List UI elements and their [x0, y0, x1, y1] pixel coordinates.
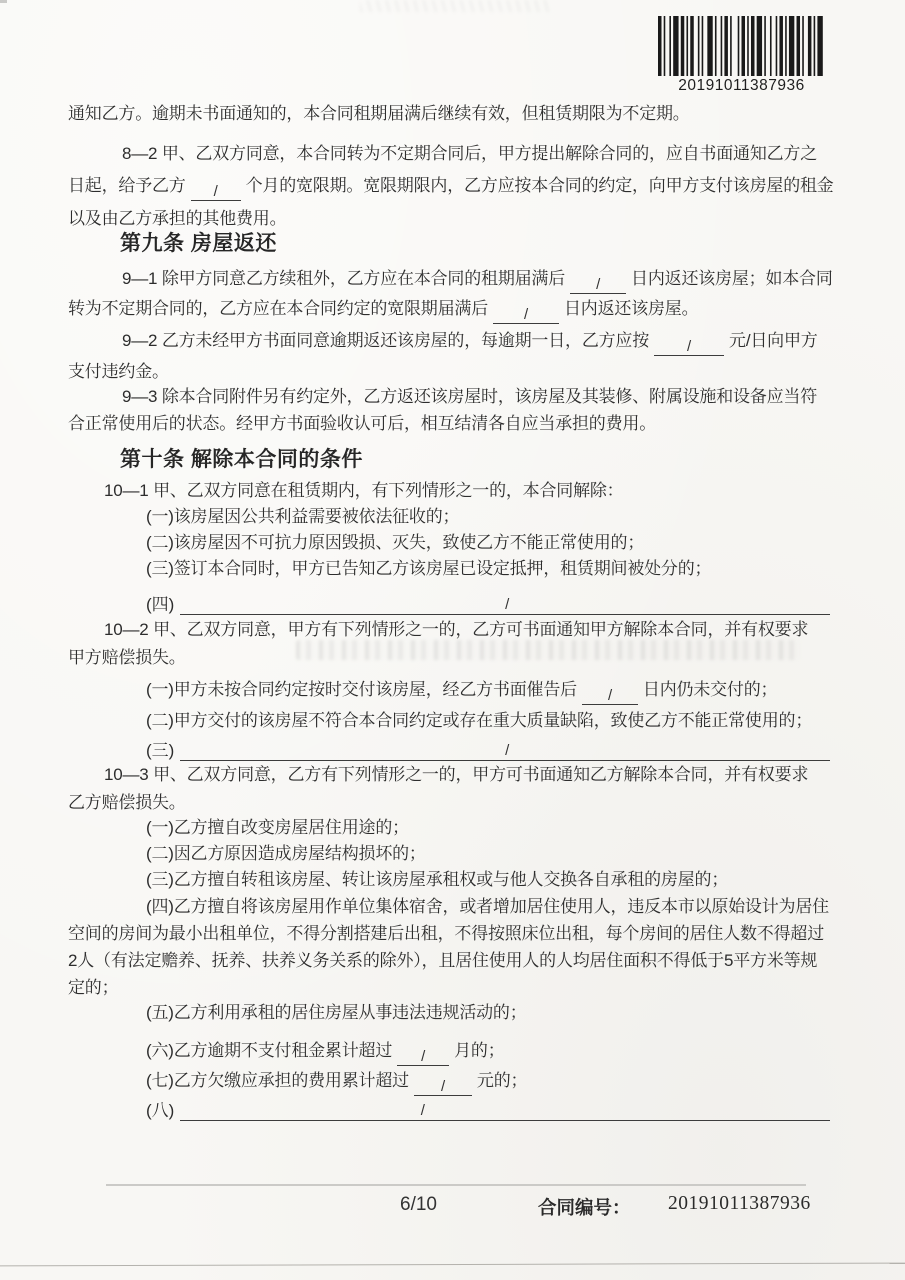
list-item: (七)乙方欠缴应承担的费用累计超过/元的；: [146, 1070, 527, 1096]
fill-in-blank: /: [397, 1046, 449, 1066]
list-item: (二)甲方交付的该房屋不符合本合同约定或存在重大质量缺陷，致使乙方不能正常使用的…: [146, 710, 812, 732]
clause-9-3-line2: 合正常使用后的状态。经甲方书面验收认可后，相互结清各自应当承担的费用。: [68, 413, 656, 435]
clause-10-3-line2: 乙方赔偿损失。: [68, 792, 186, 814]
list-item-blank: (四) /: [146, 590, 830, 615]
fill-in-blank: /: [414, 1076, 472, 1096]
clause-10-2-line2: 甲方赔偿损失。: [68, 647, 186, 669]
fill-in-blank-long: /: [180, 736, 830, 761]
heading-article-10: 第十条 解除本合同的条件: [120, 449, 363, 471]
barcode: 20191011387936: [658, 16, 825, 95]
fill-in-blank-long: /: [180, 1096, 830, 1121]
clause-line: 通知乙方。逾期未书面通知的，本合同租期届满后继续有效，但租赁期限为不定期。: [68, 103, 690, 125]
list-item: (三)乙方擅自转租该房屋、转让该房屋承租权或与他人交换各自承租的房屋的；: [146, 869, 728, 891]
bleed-through-artifact: [296, 640, 801, 660]
clause-10-1: 10—1 甲、乙双方同意在租赁期内，有下列情形之一的，本合同解除：: [104, 480, 624, 502]
clause-10-2-line1: 10—2 甲、乙双方同意，甲方有下列情形之一的，乙方可书面通知甲方解除本合同，并…: [104, 619, 808, 641]
clause-9-1-line2: 转为不定期合同的，乙方应在本合同约定的宽限期届满后/日内返还该房屋。: [68, 298, 698, 324]
list-item-continuation: 2人（有法定赡养、抚养、扶养义务关系的除外），且居住使用人的人均居住面积不得低于…: [68, 950, 817, 972]
list-item: (二)该房屋因不可抗力原因毁损、灭失，致使乙方不能正常使用的；: [146, 532, 644, 554]
list-item: (六)乙方逾期不支付租金累计超过/月的；: [146, 1040, 505, 1066]
fill-in-blank: /: [570, 274, 626, 294]
scan-smudge: [360, 0, 550, 12]
barcode-bars: [658, 16, 825, 76]
clause-9-2-line2: 支付违约金。: [68, 361, 169, 383]
clause-9-3-line1: 9—3 除本合同附件另有约定外，乙方返还该房屋时，该房屋及其装修、附属设施和设备…: [122, 386, 817, 408]
contract-number-label: 合同编号：: [538, 1194, 631, 1220]
scan-speck: [0, 0, 7, 3]
list-item: (一)甲方未按合同约定按时交付该房屋，经乙方书面催告后/日内仍未交付的；: [146, 679, 777, 705]
clause-9-2-line1: 9—2 乙方未经甲方书面同意逾期返还该房屋的，每逾期一日，乙方应按/元/日向甲方: [122, 330, 818, 356]
paper-edge-line: [0, 1263, 905, 1267]
contract-page: 20191011387936 通知乙方。逾期未书面通知的，本合同租期届满后继续有…: [0, 0, 905, 1280]
barcode-number: 20191011387936: [658, 77, 825, 95]
list-item: (一)乙方擅自改变房屋居住用途的；: [146, 817, 409, 839]
clause-8-2-line1: 8—2 甲、乙双方同意，本合同转为不定期合同后，甲方提出解除合同的，应自书面通知…: [122, 143, 817, 165]
heading-article-9: 第九条 房屋返还: [120, 233, 277, 255]
page-number: 6/10: [400, 1194, 437, 1216]
clause-8-2-line3: 以及由乙方承担的其他费用。: [68, 208, 286, 230]
fill-in-blank: /: [582, 685, 638, 705]
contract-number-value: 20191011387936: [668, 1193, 811, 1215]
list-item-continuation: 定的；: [68, 977, 118, 999]
list-item: (三)签订本合同时，甲方已告知乙方该房屋已设定抵押，租赁期间被处分的；: [146, 558, 711, 580]
clause-10-3-line1: 10—3 甲、乙双方同意，乙方有下列情形之一的，甲方可书面通知乙方解除本合同，并…: [104, 764, 808, 786]
list-item: (一)该房屋因公共利益需要被依法征收的；: [146, 506, 459, 528]
list-item-blank: (八) /: [146, 1096, 830, 1121]
list-item: (二)因乙方原因造成房屋结构损坏的；: [146, 843, 426, 865]
fill-in-blank-long: /: [180, 590, 830, 615]
fill-in-blank: /: [191, 181, 241, 201]
clause-9-1-line1: 9—1 除甲方同意乙方续租外，乙方应在本合同的租期届满后/日内返还该房屋；如本合…: [122, 268, 833, 294]
list-item: (五)乙方利用承租的居住房屋从事违法违规活动的；: [146, 1002, 527, 1024]
list-item-blank: (三) /: [146, 736, 830, 761]
fill-in-blank: /: [493, 304, 559, 324]
list-item-continuation: 空间的房间为最小出租单位，不得分割搭建后出租，不得按照床位出租，每个房间的居住人…: [68, 923, 824, 945]
fill-in-blank: /: [654, 336, 724, 356]
footer-divider: [106, 1184, 806, 1186]
list-item: (四)乙方擅自将该房屋用作单位集体宿舍，或者增加居住使用人，违反本市以原始设计为…: [146, 896, 829, 918]
clause-8-2-line2: 日起，给予乙方/个月的宽限期。宽限期限内，乙方应按本合同的约定，向甲方支付该房屋…: [68, 175, 834, 201]
